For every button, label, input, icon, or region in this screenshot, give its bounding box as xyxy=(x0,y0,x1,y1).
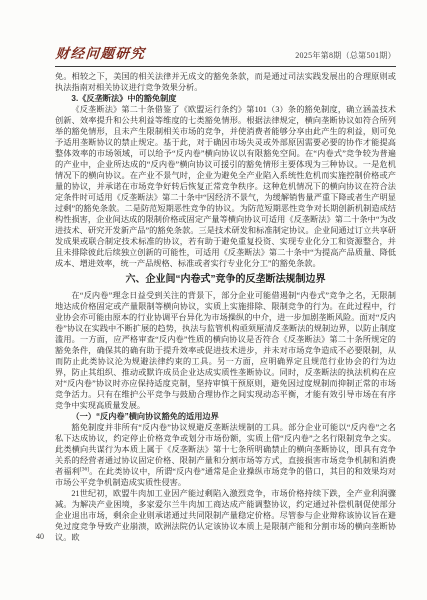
journal-page: 财经问题研究 2025年第8期（总第501期） 免。相较之下，美国的相关法律并无… xyxy=(0,0,427,600)
paragraph-text-after-footnote: 。在此类协议中，所谓“反内卷”通常是企业操纵市场竞争的借口，其目的和效果均对市场… xyxy=(55,467,396,487)
page-header: 财经问题研究 2025年第8期（总第501期） xyxy=(55,47,396,62)
paragraph-regulation-boundary: 在“反内卷”理念日益受到关注的背景下，部分企业可能借遏制“内卷式”竞争之名，无限… xyxy=(55,290,396,411)
issue-info: 2025年第8期（总第501期） xyxy=(295,50,396,62)
subheading-exemption-system: 3.《反垄断法》中的豁免制度 xyxy=(55,93,396,104)
footnote-reference: [36] xyxy=(80,466,89,472)
article-body: 免。相较之下，美国的相关法律并无成文的豁免条款，而是通过司法实践发展出的合理原则… xyxy=(55,71,396,543)
paragraph-continuation: 免。相较之下，美国的相关法律并无成文的豁免条款，而是通过司法实践发展出的合理原则… xyxy=(55,71,396,93)
page-number: 40 xyxy=(36,532,44,541)
paragraph-exemption-rules: 《反垄断法》第二十条借鉴了《欧盟运行条约》第101（3）条的豁免制度，确立涵盖技… xyxy=(55,104,396,269)
section-heading: 六、企业间“内卷式”竞争的反垄断法规制边界 xyxy=(55,273,396,286)
journal-logo: 财经问题研究 xyxy=(55,47,146,62)
paragraph-exemption-boundary: 豁免制度并非所有“反内卷”协议规避反垄断法规制的工具。部分企业可能以“反内卷”之… xyxy=(55,422,396,488)
header-divider xyxy=(55,66,396,67)
subheading-application-boundary: （一）“反内卷”横向协议豁免的适用边界 xyxy=(55,411,396,422)
paragraph-eu-beef-case: 21世纪初，欧盟牛肉加工业因产能过剩陷入激烈竞争，市场价格持续下跌，全产业利润骤… xyxy=(55,488,396,543)
